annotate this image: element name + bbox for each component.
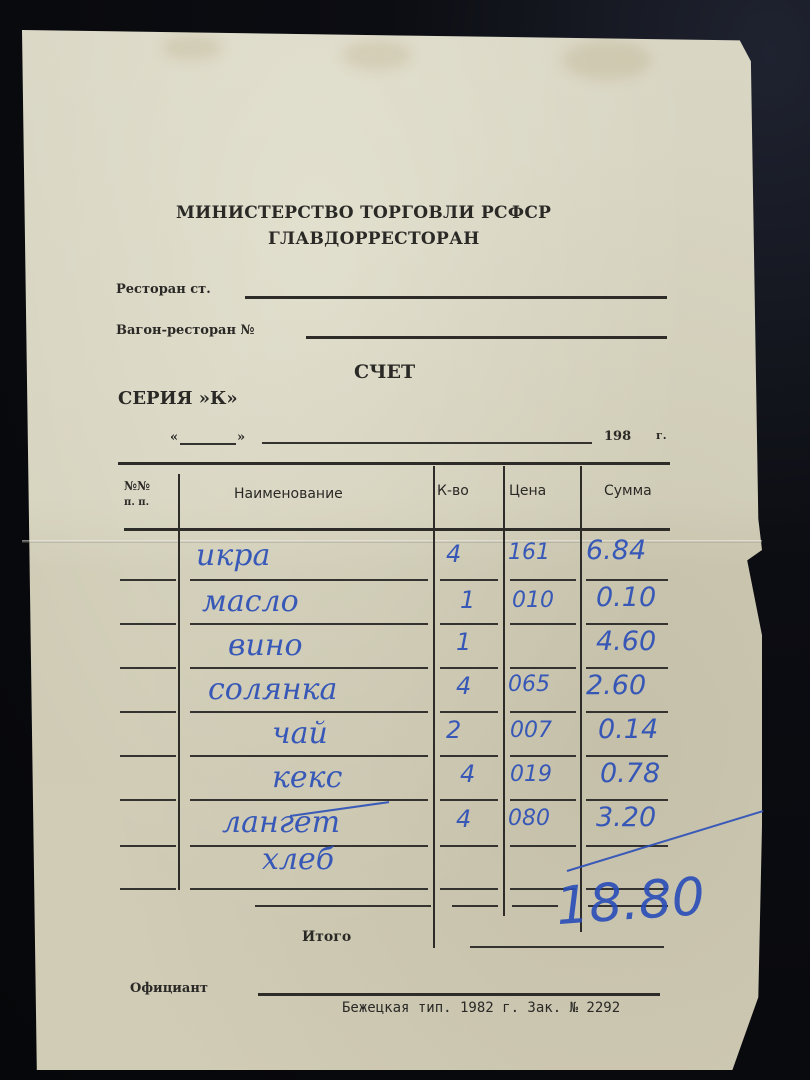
col-divider-num (178, 474, 180, 890)
item-price: 019 (510, 762, 552, 787)
item-name: хлеб (262, 842, 334, 877)
item-qty: 4 (456, 805, 471, 833)
item-sum: 3.20 (596, 802, 656, 833)
item-sum: 0.10 (596, 582, 656, 613)
date-close-quote: » (237, 430, 245, 445)
item-price: 065 (508, 672, 550, 697)
item-qty: 2 (446, 716, 461, 744)
item-name: чай (272, 716, 328, 751)
item-qty: 4 (460, 760, 475, 788)
col-header-num-line1: №№ (124, 479, 150, 493)
item-price: 010 (512, 588, 554, 613)
paper-fold-crease (22, 540, 762, 543)
dining-car-field-line[interactable] (306, 336, 667, 339)
document-title: СЧЕТ (354, 361, 415, 383)
item-name: икра (196, 538, 270, 573)
col-header-price: Цена (509, 483, 546, 499)
col-header-name: Наименование (234, 486, 343, 502)
waiter-label: Официант (130, 981, 208, 996)
col-divider-qty (503, 466, 505, 916)
item-qty: 1 (456, 628, 471, 656)
item-qty: 4 (456, 672, 471, 700)
item-name: солянка (208, 672, 337, 707)
col-header-qty: К-во (437, 483, 469, 499)
item-sum: 2.60 (586, 670, 646, 701)
waiter-signature-line[interactable] (258, 993, 660, 996)
printer-info: Бежецкая тип. 1982 г. Зак. № 2292 (342, 1000, 620, 1016)
department-heading: ГЛАВДОРРЕСТОРАН (268, 229, 480, 249)
item-price: 007 (510, 718, 552, 743)
col-divider-price (580, 466, 582, 932)
total-underline (470, 946, 664, 948)
restaurant-label: Ресторан ст. (116, 282, 211, 297)
col-header-sum: Сумма (604, 483, 652, 499)
date-day-line[interactable] (180, 443, 236, 445)
restaurant-field-line[interactable] (245, 296, 667, 299)
table-header-bottom-border (124, 528, 670, 531)
item-sum: 0.14 (598, 714, 658, 745)
item-sum: 0.78 (600, 758, 660, 789)
date-month-line[interactable] (262, 442, 592, 444)
item-sum: 4.60 (596, 626, 656, 657)
col-divider-name (433, 466, 435, 948)
total-label: Итого (302, 929, 351, 945)
item-price: 161 (508, 540, 550, 565)
total-value: 18.80 (554, 867, 707, 937)
ministry-heading: МИНИСТЕРСТВО ТОРГОВЛИ РСФСР (176, 203, 551, 223)
item-price: 080 (508, 806, 550, 831)
dining-car-label: Вагон-ресторан № (116, 323, 255, 338)
item-qty: 4 (446, 540, 461, 568)
item-name: вино (228, 628, 303, 663)
item-name: кекс (272, 760, 342, 795)
date-open-quote: « (170, 430, 178, 445)
table-top-border (118, 462, 670, 465)
item-qty: 1 (460, 586, 475, 614)
col-header-num-line2: п. п. (124, 497, 149, 508)
item-sum: 6.84 (586, 535, 646, 566)
item-name: масло (202, 584, 299, 619)
date-year-unit: г. (656, 429, 667, 442)
series-label: СЕРИЯ »К» (118, 388, 238, 409)
date-year-prefix: 198 (604, 429, 631, 444)
